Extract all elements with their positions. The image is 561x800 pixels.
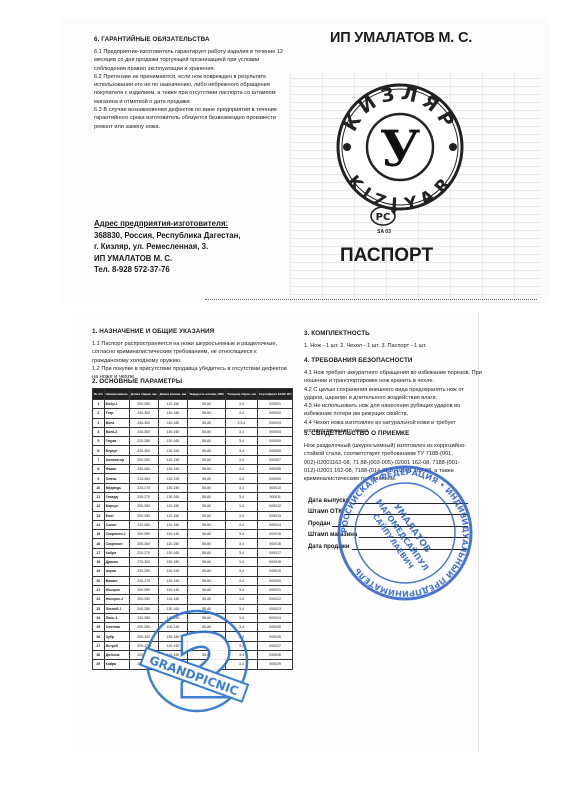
table-cell: 110-140 [158, 530, 188, 539]
table-row: 18Дракон270-300150-18055-603-4000018 [93, 558, 293, 567]
table-cell: Фазан [104, 465, 129, 474]
section-paragraph: 4.3 Не использовать нож для нанесения ру… [304, 402, 484, 419]
table-cell: Ястреб [104, 641, 129, 650]
table-cell: 110-150 [158, 502, 188, 511]
table-cell: 20 [93, 576, 105, 585]
table-cell: 240-300 [129, 409, 158, 418]
table-cell: 130-160 [158, 492, 188, 501]
table-cell: 3-4 [226, 567, 258, 576]
table-cell: 55-60 [188, 437, 226, 446]
table-cell: 120-160 [158, 548, 188, 557]
table-cell: Гепард [104, 492, 129, 501]
table-row: 3Волк240-300140-18055-603,5-4000003 [93, 418, 293, 427]
table-row: 11Гепард230-270130-16055-603-4000011 [93, 492, 293, 501]
table-cell: 110-140 [158, 585, 188, 594]
table-cell: 230-270 [129, 492, 158, 501]
table-cell: 120-150 [158, 576, 188, 585]
table-cell: 24 [93, 613, 105, 622]
table-row: 5Гюрза220-280120-16055-603-4000005 [93, 437, 293, 446]
table-cell: 12 [93, 502, 105, 511]
table-cell: Дракон [104, 558, 129, 567]
table-cell: 120-150 [158, 455, 188, 464]
table-cell: 200-260 [129, 539, 158, 548]
table-row: 7Аллигатор200-260120-15055-603-4000007 [93, 455, 293, 464]
table-cell: 000028 [257, 651, 292, 660]
section-paragraph: 1.1 Паспорт распространяется на ножи шку… [92, 340, 292, 365]
table-cell: 14 [93, 520, 105, 529]
table-cell: Волк [104, 418, 129, 427]
table-cell: Лось-1 [104, 613, 129, 622]
table-cell: 2 [93, 409, 105, 418]
table-column-header: Длина общая, мм [129, 389, 158, 400]
table-cell: 220-280 [129, 437, 158, 446]
table-cell: 3-4 [226, 483, 258, 492]
table-column-header: Наименование [104, 389, 129, 400]
table-cell: 120-160 [158, 437, 188, 446]
table-cell: Акула [104, 567, 129, 576]
table-cell: 9 [93, 474, 105, 483]
table-cell: 000011 [257, 492, 292, 501]
table-cell: Беркут [104, 446, 129, 455]
section-contents: 3. КОМПЛЕКТНОСТЬ 1. Нож - 1 шт. 2. Чехол… [304, 330, 484, 350]
table-cell: 3-4 [226, 539, 258, 548]
table-cell: 130-160 [158, 446, 188, 455]
table-cell: 240-300 [129, 446, 158, 455]
table-row: 12Барсук200-250110-15055-603-4000012 [93, 502, 293, 511]
table-cell: 27 [93, 641, 105, 650]
table-cell: 55-60 [188, 567, 226, 576]
table-cell: 000024 [257, 613, 292, 622]
table-cell: 13 [93, 511, 105, 520]
table-cell: 55-60 [188, 465, 226, 474]
table-cell: 200-250 [129, 502, 158, 511]
table-cell: 3-4 [226, 502, 258, 511]
table-row: 21Носорог200-250110-14055-603-4000021 [93, 585, 293, 594]
table-cell: 000008 [257, 465, 292, 474]
table-cell: 17 [93, 548, 105, 557]
warranty-heading: 6. ГАРАНТИЙНЫЕ ОБЯЗАТЕЛЬСТВА [94, 36, 289, 43]
table-cell: 000016 [257, 539, 292, 548]
table-cell: 3-4 [226, 455, 258, 464]
section-safety: 4. ТРЕБОВАНИЯ БЕЗОПАСНОСТИ 4.1 Нож требу… [304, 357, 484, 435]
table-cell: 000005 [257, 437, 292, 446]
table-cell: 3-4 [226, 530, 258, 539]
warranty-paragraph: 6.2 Претензии не принимаются, если нож п… [94, 73, 289, 106]
table-cell: Олень [104, 474, 129, 483]
certification-code: SA 03 [369, 229, 399, 235]
section-purpose: 1. НАЗНАЧЕНИЕ И ОБЩИЕ УКАЗАНИЯ 1.1 Паспо… [92, 328, 292, 381]
table-cell: Лесной-1 [104, 604, 129, 613]
table-row: 2Тигр240-300140-18055-603-4000002 [93, 409, 293, 418]
table-cell: 23 [93, 604, 105, 613]
table-cell: 55-60 [188, 576, 226, 585]
table-cell: 3 [93, 418, 105, 427]
table-cell: 130-160 [158, 427, 188, 436]
table-cell: 8 [93, 465, 105, 474]
table-cell: 29 [93, 660, 105, 669]
table-cell: 55-60 [188, 530, 226, 539]
table-cell: 15 [93, 530, 105, 539]
table-cell: 000001 [257, 400, 292, 409]
table-cell: 000007 [257, 455, 292, 464]
table-cell: 1 [93, 400, 105, 409]
table-cell: Добыча [104, 651, 129, 660]
table-cell: 240-300 [129, 427, 158, 436]
table-cell: 120-150 [158, 474, 188, 483]
table-column-header: № п/п [93, 389, 105, 400]
table-cell: Бобр-1 [104, 400, 129, 409]
table-cell: 16 [93, 539, 105, 548]
table-cell: 3-4 [226, 558, 258, 567]
table-cell: 3-4 [226, 520, 258, 529]
table-cell: Енот [104, 511, 129, 520]
table-cell: 130-150 [158, 465, 188, 474]
table-cell: 000027 [257, 641, 292, 650]
certification-mark: PC SA 03 [369, 205, 399, 235]
table-cell: 110-150 [158, 539, 188, 548]
table-cell: 3-4 [226, 465, 258, 474]
table-column-header: Твердость клинка, HRC [188, 389, 226, 400]
table-cell: 21 [93, 585, 105, 594]
table-cell: 000021 [257, 585, 292, 594]
table-cell: 230-250 [129, 567, 158, 576]
table-cell: 3-4 [226, 576, 258, 585]
table-cell: 000026 [257, 632, 292, 641]
table-cell: 150-180 [158, 558, 188, 567]
table-cell: 28 [93, 651, 105, 660]
table-cell: 000009 [257, 474, 292, 483]
table-cell: Кобра [104, 548, 129, 557]
table-cell: 10 [93, 483, 105, 492]
round-seal-stamp-icon: РОССИЙСКАЯ ФЕДЕРАЦИЯ • ИНДИВИДУАЛЬНЫЙ ПР… [335, 463, 475, 603]
table-cell: 200-250 [129, 585, 158, 594]
table-cell: 000013 [257, 511, 292, 520]
table-cell: 3-4 [226, 427, 258, 436]
pct-certification-icon: PC [369, 205, 399, 227]
table-cell: 55-60 [188, 539, 226, 548]
table-cell: 220-270 [129, 576, 158, 585]
table-row: 13Енот200-250110-15055-603-4000013 [93, 511, 293, 520]
table-cell: 200-250 [129, 530, 158, 539]
table-cell: 200-250 [129, 511, 158, 520]
address-title: Адрес предприятия-изготовителя: [94, 218, 294, 230]
table-cell: 19 [93, 567, 105, 576]
section-paragraph: 4.1 Нож требует аккуратного обращения во… [304, 369, 484, 386]
table-cell: 55-60 [188, 418, 226, 427]
table-cell: 55-60 [188, 483, 226, 492]
table-cell: Носорог-2 [104, 595, 129, 604]
table-cell: 210-260 [129, 520, 158, 529]
warranty-paragraph: 6.3 В случае возникновения дефектов по в… [94, 106, 289, 131]
kizlyar-logo-icon: КИЗЛЯР KIZLYAR У [335, 82, 465, 212]
table-cell: 000003 [257, 418, 292, 427]
warranty-section: 6. ГАРАНТИЙНЫЕ ОБЯЗАТЕЛЬСТВА 6.1 Предпри… [94, 36, 289, 131]
section-heading: 5. СВИДЕТЕЛЬСТВО О ПРИЕМКЕ [304, 430, 484, 437]
table-cell: 55-60 [188, 409, 226, 418]
table-cell: 000004 [257, 427, 292, 436]
table-cell: 55-60 [188, 520, 226, 529]
table-row: 8Фазан230-260130-15055-603-4000008 [93, 465, 293, 474]
table-cell: 3-4 [226, 492, 258, 501]
table-cell: 26 [93, 632, 105, 641]
table-row: 10Медведь220-270130-15055-603-4000010 [93, 483, 293, 492]
table-row: 19Акула230-250120-15055-603-4000019 [93, 567, 293, 576]
table-cell: 55-60 [188, 511, 226, 520]
table-cell: Скорпион [104, 539, 129, 548]
table-cell: 000012 [257, 502, 292, 511]
table-cell: 3-4 [226, 409, 258, 418]
table-cell: 55-60 [188, 502, 226, 511]
table-cell: Барсук [104, 502, 129, 511]
table-cell: Викинг [104, 576, 129, 585]
table-cell: 11 [93, 492, 105, 501]
grandpicnic-stamp-icon: 2 2 GRANDPICNIC [132, 603, 252, 733]
table-row: 16Скорпион200-260110-15055-603-4000016 [93, 539, 293, 548]
table-row: 20Викинг220-270120-15055-603-4000020 [93, 576, 293, 585]
table-cell: 4 [93, 427, 105, 436]
svg-text:У: У [380, 119, 421, 178]
table-cell: 140-180 [158, 409, 188, 418]
table-cell: 000029 [257, 660, 292, 669]
table-cell: 000018 [257, 558, 292, 567]
table-cell: 200-280 [129, 400, 158, 409]
brand-name: ИП УМАЛАТОВ М. С. [330, 30, 472, 46]
table-cell: Зубр [104, 632, 129, 641]
table-cell: Аллигатор [104, 455, 129, 464]
table-row: 17Кобра220-270120-16055-603-4000017 [93, 548, 293, 557]
document-title: ПАСПОРТ [340, 245, 433, 267]
table-cell: 110-150 [158, 400, 188, 409]
table-cell: 000020 [257, 576, 292, 585]
table-cell: 110-150 [158, 520, 188, 529]
table-cell: 200-260 [129, 455, 158, 464]
table-cell: 3-4 [226, 446, 258, 455]
address-line: г. Кизляр, ул. Ремесленная, 3. [94, 241, 294, 253]
svg-text:PC: PC [376, 212, 391, 223]
fold-line [205, 299, 537, 300]
table-row: 1Бобр-1200-280110-15055-603-4000001 [93, 400, 293, 409]
table-cell: 130-150 [158, 483, 188, 492]
section-paragraph: 1. Нож - 1 шт. 2. Чехол - 1 шт. 3. Паспо… [304, 342, 484, 350]
section-heading: 4. ТРЕБОВАНИЯ БЕЗОПАСНОСТИ [304, 357, 484, 364]
table-cell: 3,5-4 [226, 418, 258, 427]
table-cell: 22 [93, 595, 105, 604]
table-cell: 3-4 [226, 400, 258, 409]
table-cell: 000023 [257, 604, 292, 613]
table-cell: 000010 [257, 483, 292, 492]
passport-cover-page: 6. ГАРАНТИЙНЫЕ ОБЯЗАТЕЛЬСТВА 6.1 Предпри… [60, 18, 550, 303]
table-cell: 000015 [257, 530, 292, 539]
table-row: 15Скорпион-1200-250110-14055-603-4000015 [93, 530, 293, 539]
table-row: 6Беркут240-300130-16055-603-4000006 [93, 446, 293, 455]
table-cell: 000002 [257, 409, 292, 418]
table-cell: 110-150 [158, 511, 188, 520]
table-cell: Гюрза [104, 437, 129, 446]
table-cell: Охотник [104, 623, 129, 632]
table-cell: Сокол [104, 520, 129, 529]
address-phone: Тел. 8-928 572-37-76 [94, 264, 294, 276]
table-cell: 230-260 [129, 465, 158, 474]
table-cell: 000014 [257, 520, 292, 529]
table-cell: Волк-2 [104, 427, 129, 436]
section-paragraph: 4.2 С целью сохранения внешнего вида пре… [304, 386, 484, 403]
table-cell: Носорог [104, 585, 129, 594]
table-cell: 55-60 [188, 446, 226, 455]
table-cell: 55-60 [188, 585, 226, 594]
table-cell: 220-270 [129, 483, 158, 492]
table-cell: 140-180 [158, 418, 188, 427]
table-cell: Кайра [104, 660, 129, 669]
table-cell: 7 [93, 455, 105, 464]
address-line: ИП УМАЛАТОВ М. С. [94, 253, 294, 265]
table-cell: 5 [93, 437, 105, 446]
table-cell: 120-150 [158, 567, 188, 576]
table-cell: Медведь [104, 483, 129, 492]
table-column-header: Сертификат ЕАЭС RU [257, 389, 292, 400]
table-cell: 240-300 [129, 418, 158, 427]
table-cell: 210-260 [129, 474, 158, 483]
table-cell: 55-60 [188, 427, 226, 436]
table-cell: 000006 [257, 446, 292, 455]
table-header-row: № п/пНаименованиеДлина общая, ммДлина кл… [93, 389, 293, 400]
table-cell: 270-300 [129, 558, 158, 567]
table-cell: 000017 [257, 548, 292, 557]
table-cell: 55-60 [188, 400, 226, 409]
table-cell: 55-60 [188, 455, 226, 464]
section-heading: 1. НАЗНАЧЕНИЕ И ОБЩИЕ УКАЗАНИЯ [92, 328, 292, 335]
table-cell: 6 [93, 446, 105, 455]
section-heading: 3. КОМПЛЕКТНОСТЬ [304, 330, 484, 337]
table-cell: 000019 [257, 567, 292, 576]
table-cell: 3-4 [226, 585, 258, 594]
table-column-header: Длина клинка, мм [158, 389, 188, 400]
table-cell: 000022 [257, 595, 292, 604]
warranty-paragraph: 6.1 Предприятие-изготовитель гарантирует… [94, 48, 289, 73]
table-cell: 25 [93, 623, 105, 632]
table-cell: Скорпион-1 [104, 530, 129, 539]
table-cell: 220-270 [129, 548, 158, 557]
table-cell: 55-60 [188, 548, 226, 557]
table-cell: 18 [93, 558, 105, 567]
table-cell: 000025 [257, 623, 292, 632]
table-cell: 55-60 [188, 558, 226, 567]
table-cell: 55-60 [188, 492, 226, 501]
section-heading: 2. ОСНОВНЫЕ ПАРАМЕТРЫ [92, 378, 182, 385]
table-row: 14Сокол210-260110-15055-603-4000014 [93, 520, 293, 529]
manufacturer-address: Адрес предприятия-изготовителя: 368830, … [94, 218, 294, 276]
table-cell: Тигр [104, 409, 129, 418]
table-cell: 55-60 [188, 474, 226, 483]
table-cell: 3-4 [226, 548, 258, 557]
table-cell: 3-4 [226, 474, 258, 483]
table-column-header: Толщина обуха, мм [226, 389, 258, 400]
table-row: 4Волк-2240-300130-16055-603-4000004 [93, 427, 293, 436]
table-cell: 3-4 [226, 437, 258, 446]
table-row: 9Олень210-260120-15055-603-4000009 [93, 474, 293, 483]
table-cell: 3-4 [226, 511, 258, 520]
address-line: 368830, Россия, Республика Дагестан, [94, 230, 294, 242]
